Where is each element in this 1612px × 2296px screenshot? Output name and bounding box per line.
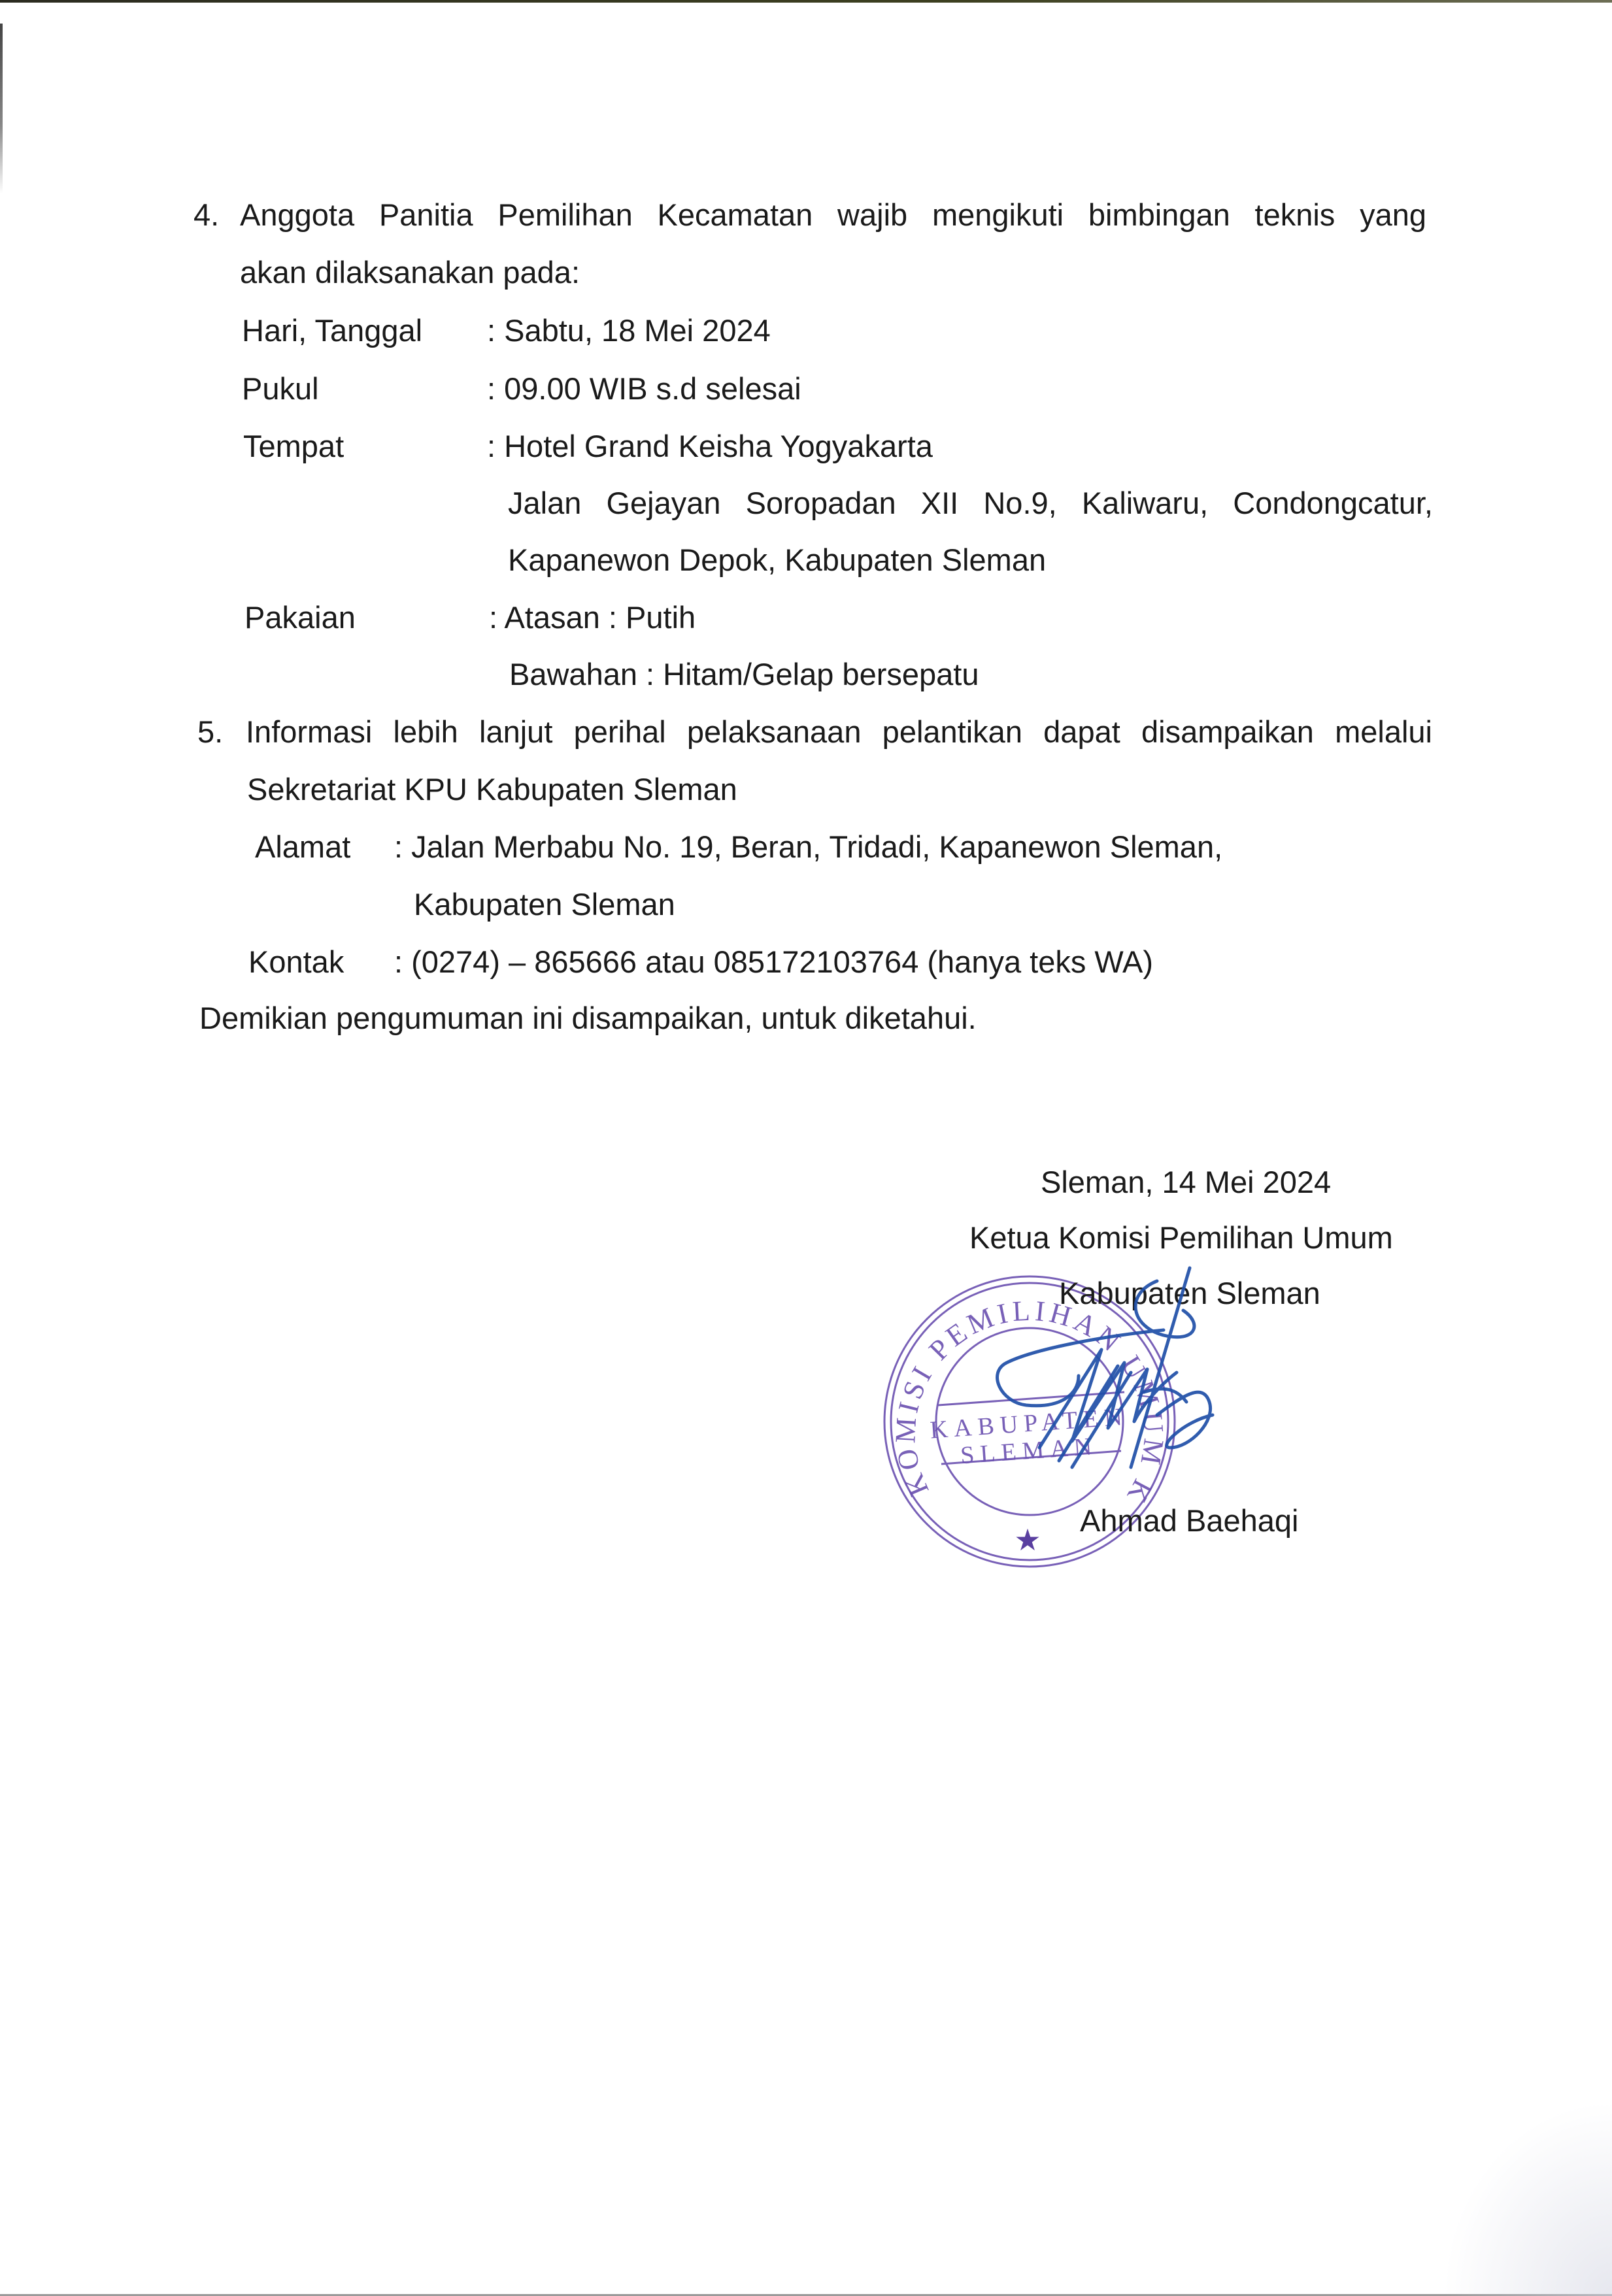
place-value-2: Jalan Gejayan Soropadan XII No.9, Kaliwa… <box>508 488 1433 518</box>
dress-label: Pakaian <box>244 602 356 633</box>
svg-text:★: ★ <box>1014 1523 1041 1557</box>
item-4-text-line-2: akan dilaksanakan pada: <box>240 257 580 288</box>
day-value: : Sabtu, 18 Mei 2024 <box>487 315 771 346</box>
item-5-text-line-2: Sekretariat KPU Kabupaten Sleman <box>247 774 737 805</box>
handwritten-signature-icon <box>967 1252 1334 1526</box>
dress-value-1: : Atasan : Putih <box>489 602 696 633</box>
day-label: Hari, Tanggal <box>242 315 422 346</box>
signatory-title-line-1: Ketua Komisi Pemilihan Umum <box>969 1222 1393 1253</box>
scan-edge-left <box>0 24 3 193</box>
item-5-number: 5. <box>197 716 223 747</box>
scan-shadow-corner <box>1442 2100 1612 2296</box>
signatory-name: Ahmad Baehaqi <box>1080 1505 1298 1536</box>
contact-value: : (0274) – 865666 atau 085172103764 (han… <box>394 946 1153 977</box>
item-4-number: 4. <box>193 199 219 230</box>
item-4-text-line-1: Anggota Panitia Pemilihan Kecamatan waji… <box>240 199 1426 230</box>
place-date: Sleman, 14 Mei 2024 <box>1041 1167 1331 1197</box>
closing-statement: Demikian pengumuman ini disampaikan, unt… <box>199 1003 977 1033</box>
contact-label: Kontak <box>248 946 344 977</box>
place-label: Tempat <box>243 431 344 461</box>
time-label: Pukul <box>242 373 319 404</box>
address-label: Alamat <box>255 831 350 862</box>
address-value-1: : Jalan Merbabu No. 19, Beran, Tridadi, … <box>394 831 1222 862</box>
item-5-text-line-1: Informasi lebih lanjut perihal pelaksana… <box>246 716 1432 747</box>
place-value-3: Kapanewon Depok, Kabupaten Sleman <box>508 544 1046 575</box>
time-value: : 09.00 WIB s.d selesai <box>487 373 801 404</box>
scan-edge-top <box>0 0 1612 3</box>
dress-value-2: Bawahan : Hitam/Gelap bersepatu <box>509 659 979 690</box>
place-value-1: : Hotel Grand Keisha Yogyakarta <box>487 431 933 461</box>
address-value-2: Kabupaten Sleman <box>414 889 675 920</box>
